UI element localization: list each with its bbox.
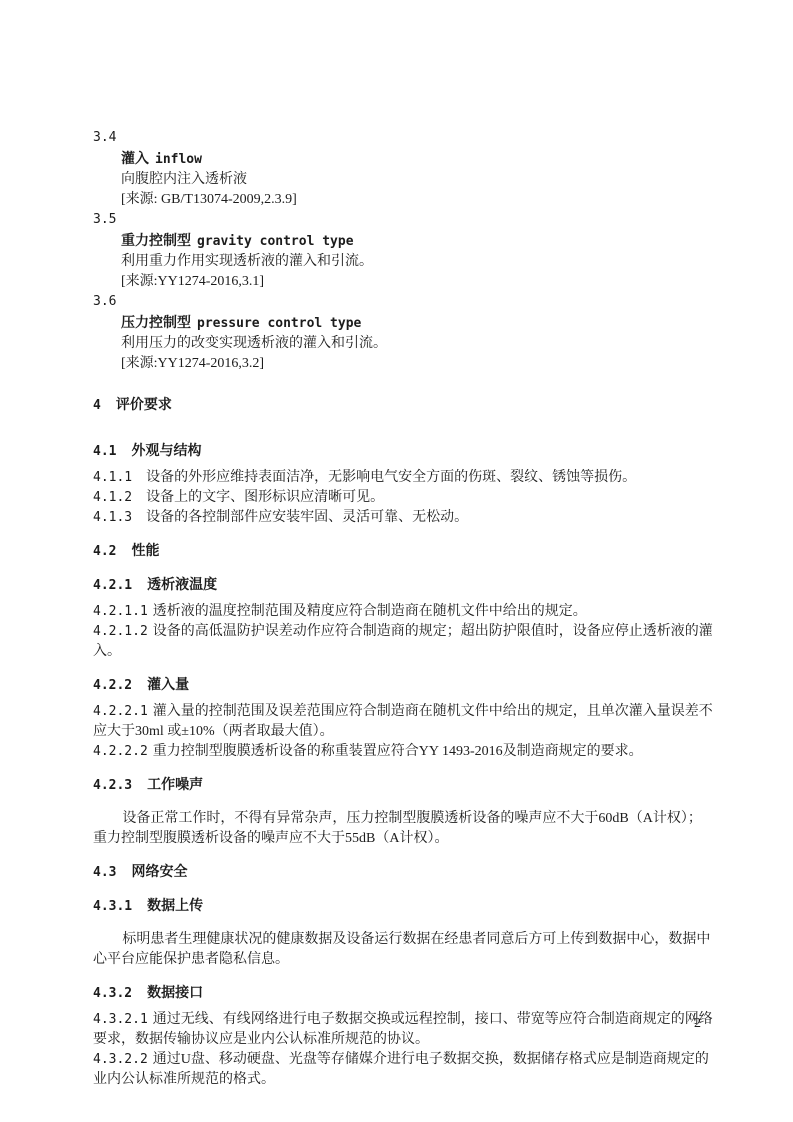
clause-text: 设备的高低温防护误差动作应符合制造商的规定；超出防护限值时，设备应停止透析液的灌… <box>93 624 713 659</box>
clause-text: 通过U盘、移动硬盘、光盘等存储媒介进行电子数据交换，数据储存格式应是制造商规定的… <box>93 1052 709 1087</box>
clause-paragraph-4-3-2-1: 4.3.2.1通过无线、有线网络进行电子数据交换或远程控制，接口、带宽等应符合制… <box>93 1010 715 1050</box>
term-english: pressure control type <box>197 316 361 331</box>
clause-text: 设备的各控制部件应安装牢固、灵活可靠、无松动。 <box>146 510 468 525</box>
section-number: 4.3.1 <box>93 899 132 914</box>
section-number: 4.3.2 <box>93 986 132 1001</box>
section-title: 数据接口 <box>147 984 203 1000</box>
clause-number: 4.1.2 <box>93 490 132 505</box>
term-chinese: 重力控制型 <box>121 232 191 248</box>
term-chinese: 灌入 <box>121 150 149 166</box>
clause-text: 透析液的温度控制范围及精度应符合制造商在随机文件中给出的规定。 <box>153 604 587 619</box>
section-title: 工作噪声 <box>147 776 203 792</box>
clause-number: 4.2.1.1 <box>93 604 148 619</box>
clause-text: 灌入量的控制范围及误差范围应符合制造商在随机文件中给出的规定，且单次灌入量误差不… <box>93 704 713 739</box>
clause-text: 重力控制型腹膜透析设备的称重装置应符合YY 1493-2016及制造商规定的要求… <box>153 744 643 759</box>
section-heading-4-2: 4.2性能 <box>93 540 715 562</box>
term-source: [来源: GB/T13074-2009,2.3.9] <box>93 190 715 210</box>
clause-number: 4.1.3 <box>93 510 132 525</box>
clause-number: 4.3.2.1 <box>93 1012 148 1027</box>
chapter-number: 4 <box>93 398 101 413</box>
section-heading-4-2-3: 4.2.3工作噪声 <box>93 774 715 796</box>
clause-paragraph-4-1-3: 4.1.3设备的各控制部件应安装牢固、灵活可靠、无松动。 <box>93 508 715 528</box>
term-english: gravity control type <box>197 234 354 249</box>
term-clause-number: 3.5 <box>93 210 715 230</box>
term-line: 压力控制型pressure control type <box>93 312 715 334</box>
section-number: 4.2.2 <box>93 678 132 693</box>
term-definition: 利用重力作用实现透析液的灌入和引流。 <box>93 252 715 272</box>
data-upload-paragraph: 标明患者生理健康状况的健康数据及设备运行数据在经患者同意后方可上传到数据中心，数… <box>93 930 715 970</box>
term-entry-3-5: 3.5 重力控制型gravity control type 利用重力作用实现透析… <box>93 210 715 292</box>
terms-definitions-section: 3.4 灌入inflow 向腹腔内注入透析液 [来源: GB/T13074-20… <box>93 128 715 374</box>
clause-paragraph-4-2-1-1: 4.2.1.1透析液的温度控制范围及精度应符合制造商在随机文件中给出的规定。 <box>93 602 715 622</box>
section-title: 透析液温度 <box>147 576 217 592</box>
section-number: 4.2.3 <box>93 778 132 793</box>
clause-paragraph-4-1-2: 4.1.2设备上的文字、图形标识应清晰可见。 <box>93 488 715 508</box>
chapter-title: 评价要求 <box>116 396 172 412</box>
section-title: 灌入量 <box>147 676 189 692</box>
evaluation-requirements-section: 4评价要求 4.1外观与结构 4.1.1设备的外形应维持表面洁净，无影响电气安全… <box>93 394 715 1090</box>
clause-paragraph-4-2-2-2: 4.2.2.2重力控制型腹膜透析设备的称重装置应符合YY 1493-2016及制… <box>93 742 715 762</box>
section-title: 外观与结构 <box>131 442 201 458</box>
term-line: 重力控制型gravity control type <box>93 230 715 252</box>
page-number: 2 <box>694 1014 701 1034</box>
clause-paragraph-4-2-2-1: 4.2.2.1灌入量的控制范围及误差范围应符合制造商在随机文件中给出的规定，且单… <box>93 702 715 742</box>
clause-paragraph-4-1-1: 4.1.1设备的外形应维持表面洁净，无影响电气安全方面的伤斑、裂纹、锈蚀等损伤。 <box>93 468 715 488</box>
clause-text: 设备上的文字、图形标识应清晰可见。 <box>146 490 384 505</box>
section-title: 数据上传 <box>147 897 203 913</box>
clause-text: 设备的外形应维持表面洁净，无影响电气安全方面的伤斑、裂纹、锈蚀等损伤。 <box>146 470 636 485</box>
section-number: 4.2.1 <box>93 578 132 593</box>
clause-paragraph-4-2-1-2: 4.2.1.2设备的高低温防护误差动作应符合制造商的规定；超出防护限值时，设备应… <box>93 622 715 662</box>
section-heading-4-2-1: 4.2.1透析液温度 <box>93 574 715 596</box>
term-chinese: 压力控制型 <box>121 314 191 330</box>
clause-number: 4.2.2.1 <box>93 704 148 719</box>
clause-number: 4.3.2.2 <box>93 1052 148 1067</box>
chapter-heading: 4评价要求 <box>93 394 715 416</box>
clause-text: 通过无线、有线网络进行电子数据交换或远程控制，接口、带宽等应符合制造商规定的网络… <box>93 1012 713 1047</box>
term-entry-3-4: 3.4 灌入inflow 向腹腔内注入透析液 [来源: GB/T13074-20… <box>93 128 715 210</box>
noise-requirement-paragraph: 设备正常工作时，不得有异常杂声，压力控制型腹膜透析设备的噪声应不大于60dB（A… <box>93 809 715 849</box>
term-source: [来源:YY1274-2016,3.2] <box>93 354 715 374</box>
section-heading-4-3-1: 4.3.1数据上传 <box>93 895 715 917</box>
clause-number: 4.2.1.2 <box>93 624 148 639</box>
section-number: 4.3 <box>93 865 116 880</box>
spacer <box>93 923 715 930</box>
term-entry-3-6: 3.6 压力控制型pressure control type 利用压力的改变实现… <box>93 292 715 374</box>
section-number: 4.1 <box>93 444 116 459</box>
clause-paragraph-4-3-2-2: 4.3.2.2通过U盘、移动硬盘、光盘等存储媒介进行电子数据交换，数据储存格式应… <box>93 1050 715 1090</box>
term-definition: 向腹腔内注入透析液 <box>93 170 715 190</box>
section-heading-4-3-2: 4.3.2数据接口 <box>93 982 715 1004</box>
document-page: 3.4 灌入inflow 向腹腔内注入透析液 [来源: GB/T13074-20… <box>0 0 793 1122</box>
term-clause-number: 3.4 <box>93 128 715 148</box>
term-definition: 利用压力的改变实现透析液的灌入和引流。 <box>93 334 715 354</box>
term-english: inflow <box>155 152 202 167</box>
section-heading-4-1: 4.1外观与结构 <box>93 440 715 462</box>
term-source: [来源:YY1274-2016,3.1] <box>93 272 715 292</box>
section-number: 4.2 <box>93 544 116 559</box>
clause-number: 4.2.2.2 <box>93 744 148 759</box>
clause-number: 4.1.1 <box>93 470 132 485</box>
section-heading-4-3: 4.3网络安全 <box>93 861 715 883</box>
section-title: 性能 <box>131 542 159 558</box>
section-title: 网络安全 <box>131 863 187 879</box>
spacer <box>93 802 715 809</box>
term-line: 灌入inflow <box>93 148 715 170</box>
section-heading-4-2-2: 4.2.2灌入量 <box>93 674 715 696</box>
term-clause-number: 3.6 <box>93 292 715 312</box>
